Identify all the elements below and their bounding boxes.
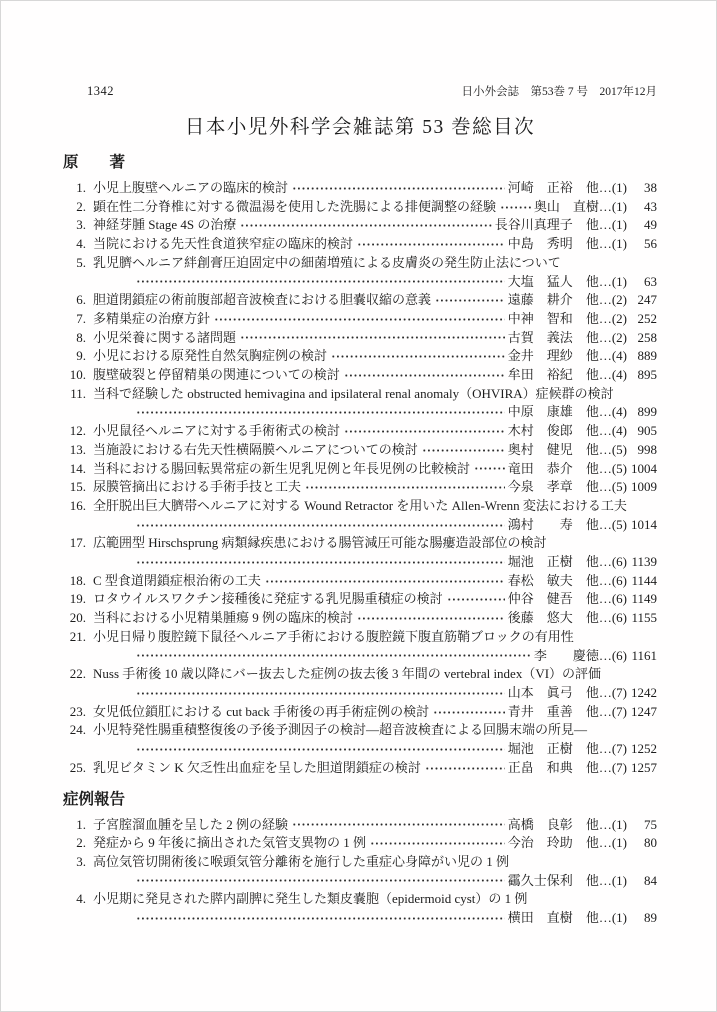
entry-title: ロタウイルスワクチン接種後に発症する乳児腸重積症の検討 <box>93 590 443 609</box>
entry-page-number: 38 <box>627 179 657 198</box>
entry-issue-number: (6) <box>612 609 627 628</box>
entry-page-number: 89 <box>627 909 657 928</box>
toc-entry-line: 3. 神経芽腫 Stage 4S の治療 長谷川真理子 他… (1) 49 <box>63 216 657 235</box>
section-entries: 1. 子宮腟溜血腫を呈した 2 例の経験 高橋 良彰 他… (1) 75 2. … <box>63 816 657 928</box>
entry-issue-number: (1) <box>612 273 627 292</box>
dot-leader <box>214 313 505 326</box>
toc-entry-line: 4. 当院における先天性食道狭窄症の臨床的検討 中島 秀明 他… (1) 56 <box>63 235 657 254</box>
entry-etal-leader: 他… <box>573 460 612 479</box>
folio-page-number: 1342 <box>63 85 114 97</box>
entry-etal-leader: 他… <box>573 329 612 348</box>
entry-etal-leader: 他… <box>573 609 612 628</box>
entry-etal-leader: 他… <box>573 684 612 703</box>
entry-authors: 春松 敏夫 <box>508 572 573 591</box>
entry-etal-leader: 他… <box>573 516 612 535</box>
dot-leader <box>357 612 505 625</box>
toc-entry-line: 8. 小児栄養に関する諸問題 古賀 義法 他… (2) 258 <box>63 329 657 348</box>
toc-entry-line: 2. 顕在性二分脊椎に対する微温湯を使用した洗腸による排便調整の経験 奥山 直樹… <box>63 198 657 217</box>
entry-number: 4. <box>63 890 86 909</box>
entry-issue-number: (4) <box>612 366 627 385</box>
entry-issue-number: (5) <box>612 478 627 497</box>
entry-authors: 中島 秀明 <box>508 235 573 254</box>
entry-page-number: 899 <box>627 403 657 422</box>
entry-page-number: 895 <box>627 366 657 385</box>
entry-issue-number: (1) <box>612 834 627 853</box>
entry-authors: 竜田 恭介 <box>508 460 573 479</box>
entry-page-number: 1155 <box>627 609 657 628</box>
journal-toc-page: 1342 日小外会誌 第53巻 7 号 2017年12月 日本小児外科学会雑誌第… <box>0 0 717 1012</box>
entry-page-number: 1014 <box>627 516 657 535</box>
dot-leader <box>331 350 505 363</box>
toc-entry-line: 9. 小児における原発性自然気胸症例の検討 金井 理紗 他… (4) 889 <box>63 347 657 366</box>
entry-number: 17. <box>63 534 86 553</box>
entry-authors: 木村 俊郎 <box>508 422 573 441</box>
entry-authors: 今治 玲助 <box>508 834 573 853</box>
dot-leader <box>136 406 505 419</box>
entry-number: 24. <box>63 721 86 740</box>
entry-page-number: 252 <box>627 310 657 329</box>
entry-issue-number: (6) <box>612 553 627 572</box>
entry-title: 小児鼠径ヘルニアに対する手術術式の検討 <box>93 422 340 441</box>
dot-leader <box>136 275 505 288</box>
entry-number: 3. <box>63 853 86 872</box>
page-title: 日本小児外科学会雑誌第 53 巻総目次 <box>63 115 657 141</box>
entry-issue-number: (6) <box>612 572 627 591</box>
dot-leader <box>136 912 505 925</box>
entry-title: 子宮腟溜血腫を呈した 2 例の経験 <box>93 816 288 835</box>
toc-entry-line: 1. 小児上腹壁ヘルニアの臨床的検討 河崎 正裕 他… (1) 38 <box>63 179 657 198</box>
dot-leader <box>240 219 491 232</box>
entry-title: 小児期に発見された膵内副脾に発生した類皮嚢胞（epidermoid cyst）の… <box>93 890 657 909</box>
entry-title: 顕在性二分脊椎に対する微温湯を使用した洗腸による排便調整の経験 <box>93 198 496 217</box>
entry-issue-number: (5) <box>612 460 627 479</box>
entry-number: 16. <box>63 497 86 516</box>
entry-issue-number: (1) <box>612 872 627 891</box>
entry-issue-number: (1) <box>612 909 627 928</box>
entry-etal-leader: 他… <box>573 441 612 460</box>
entry-authors: 堀池 正樹 <box>508 553 573 572</box>
entry-number: 7. <box>63 310 86 329</box>
entry-page-number: 1242 <box>627 684 657 703</box>
entry-etal-leader: 他… <box>573 703 612 722</box>
entry-title: 小児における原発性自然気胸症例の検討 <box>93 347 327 366</box>
entry-number: 21. <box>63 628 86 647</box>
entry-etal-leader: 他… <box>573 422 612 441</box>
toc-entry-line: 25. 乳児ビタミン K 欠乏性出血症を呈した胆道閉鎖症の検討 正畠 和典 他…… <box>63 759 657 778</box>
entry-issue-number: (1) <box>612 216 627 235</box>
entry-authors: 中神 智和 <box>508 310 573 329</box>
entry-etal-leader: 他… <box>573 834 612 853</box>
entry-authors: 後藤 悠大 <box>508 609 573 628</box>
entry-number: 13. <box>63 441 86 460</box>
entry-title: 乳児臍ヘルニア絆創膏圧迫固定中の細菌増殖による皮膚炎の発生防止法について <box>93 254 657 273</box>
toc-section: 原 著 1. 小児上腹壁ヘルニアの臨床的検討 河崎 正裕 他… (1) 38 2… <box>63 154 657 778</box>
entry-etal-leader: 他… <box>573 872 612 891</box>
dot-leader <box>500 201 531 214</box>
toc-entry-line: 靍久士保利 他… (1) 84 <box>63 872 657 891</box>
entry-authors: 靍久士保利 <box>508 872 573 891</box>
toc-entry-line: 5. 乳児臍ヘルニア絆創膏圧迫固定中の細菌増殖による皮膚炎の発生防止法について <box>63 254 657 273</box>
entry-page-number: 75 <box>627 816 657 835</box>
running-head: 1342 日小外会誌 第53巻 7 号 2017年12月 <box>63 85 657 98</box>
entry-number: 18. <box>63 572 86 591</box>
entry-authors: 牟田 裕紀 <box>508 366 573 385</box>
toc-entry-line: 1. 子宮腟溜血腫を呈した 2 例の経験 高橋 良彰 他… (1) 75 <box>63 816 657 835</box>
toc-entry-line: 7. 多精巣症の治療方針 中神 智和 他… (2) 252 <box>63 310 657 329</box>
entry-issue-number: (6) <box>612 590 627 609</box>
entry-authors: 横田 直樹 <box>508 909 573 928</box>
toc-entry-line: 11. 当科で経験した obstructed hemivagina and ip… <box>63 385 657 404</box>
entry-authors: 仲谷 健吾 <box>508 590 573 609</box>
entry-number: 8. <box>63 329 86 348</box>
entry-etal-leader: 他… <box>573 403 612 422</box>
entry-issue-number: (4) <box>612 403 627 422</box>
entry-number: 9. <box>63 347 86 366</box>
dot-leader <box>474 462 505 475</box>
entry-title: 当科における小児精巣腫瘍 9 例の臨床的検討 <box>93 609 353 628</box>
entry-authors: 青井 重善 <box>508 703 573 722</box>
entry-issue-number: (1) <box>612 235 627 254</box>
entry-title: 胆道閉鎖症の術前腹部超音波検査における胆嚢収縮の意義 <box>93 291 431 310</box>
entry-etal-leader: 他… <box>573 740 612 759</box>
entry-page-number: 80 <box>627 834 657 853</box>
entry-page-number: 1149 <box>627 590 657 609</box>
entry-issue-number: (1) <box>612 816 627 835</box>
entry-issue-number: (4) <box>612 347 627 366</box>
entry-page-number: 49 <box>627 216 657 235</box>
entry-title: 小児上腹壁ヘルニアの臨床的検討 <box>93 179 288 198</box>
entry-number: 12. <box>63 422 86 441</box>
entry-issue-number: (5) <box>612 441 627 460</box>
toc-entry-line: 21. 小児日帰り腹腔鏡下鼠径ヘルニア手術における腹腔鏡下腹直筋鞘ブロックの有用… <box>63 628 657 647</box>
entry-title: 女児低位鎖肛における cut back 手術後の再手術症例の検討 <box>93 703 429 722</box>
entry-etal-leader: 他… <box>573 235 612 254</box>
entry-authors: 金井 理紗 <box>508 347 573 366</box>
entry-number: 14. <box>63 460 86 479</box>
dot-leader <box>136 743 505 756</box>
entry-etal-leader: … <box>599 647 612 666</box>
entry-page-number: 1139 <box>627 553 657 572</box>
entry-authors: 高橋 良彰 <box>508 816 573 835</box>
toc-entry-line: 山本 眞弓 他… (7) 1242 <box>63 684 657 703</box>
toc-section: 症例報告 1. 子宮腟溜血腫を呈した 2 例の経験 高橋 良彰 他… (1) 7… <box>63 791 657 928</box>
entry-authors: 河崎 正裕 <box>508 179 573 198</box>
entry-issue-number: (7) <box>612 703 627 722</box>
toc-entry-line: 22. Nuss 手術後 10 歳以降にバー抜去した症例の抜去後 3 年間の v… <box>63 665 657 684</box>
entry-number: 25. <box>63 759 86 778</box>
entry-etal-leader: 他… <box>573 572 612 591</box>
entry-issue-number: (7) <box>612 684 627 703</box>
entry-authors: 堀池 正樹 <box>508 740 573 759</box>
entry-title: 多精巣症の治療方針 <box>93 310 210 329</box>
entry-number: 19. <box>63 590 86 609</box>
entry-authors: 大塩 猛人 <box>508 273 573 292</box>
entry-page-number: 247 <box>627 291 657 310</box>
dot-leader <box>433 706 505 719</box>
toc-entry-line: 堀池 正樹 他… (7) 1252 <box>63 740 657 759</box>
entry-authors: 古賀 義法 <box>508 329 573 348</box>
dot-leader <box>292 818 505 831</box>
entry-page-number: 889 <box>627 347 657 366</box>
entry-page-number: 905 <box>627 422 657 441</box>
entry-authors: 鴻村 寿 <box>508 516 573 535</box>
running-head-journal-info: 日小外会誌 第53巻 7 号 2017年12月 <box>462 86 658 98</box>
entry-title: 小児栄養に関する諸問題 <box>93 329 236 348</box>
toc-entry-line: 堀池 正樹 他… (6) 1139 <box>63 553 657 572</box>
section-heading: 症例報告 <box>63 791 657 809</box>
entry-etal-leader: 他… <box>573 590 612 609</box>
entry-authors: 李 慶徳 <box>534 647 599 666</box>
entry-etal-leader: 他… <box>573 909 612 928</box>
dot-leader <box>240 331 505 344</box>
toc-entry-line: 鴻村 寿 他… (5) 1014 <box>63 516 657 535</box>
entry-etal-leader: 他… <box>573 816 612 835</box>
entry-title: 乳児ビタミン K 欠乏性出血症を呈した胆道閉鎖症の検討 <box>93 759 421 778</box>
entry-page-number: 1252 <box>627 740 657 759</box>
entry-authors: 長谷川真理子 <box>495 216 573 235</box>
toc-entry-line: 16. 全肝脱出巨大臍帯ヘルニアに対する Wound Retractor を用い… <box>63 497 657 516</box>
entry-title: 尿膜管摘出における手術手技と工夫 <box>93 478 301 497</box>
entry-authors: 山本 眞弓 <box>508 684 573 703</box>
entry-issue-number: (2) <box>612 310 627 329</box>
dot-leader <box>305 481 505 494</box>
entry-number: 4. <box>63 235 86 254</box>
entry-issue-number: (1) <box>612 198 627 217</box>
entry-number: 3. <box>63 216 86 235</box>
entry-authors: 中原 康雄 <box>508 403 573 422</box>
dot-leader <box>435 294 505 307</box>
entry-title: 当科で経験した obstructed hemivagina and ipsila… <box>93 385 657 404</box>
entry-number: 1. <box>63 179 86 198</box>
toc-entry-line: 4. 小児期に発見された膵内副脾に発生した類皮嚢胞（epidermoid cys… <box>63 890 657 909</box>
dot-leader <box>265 575 505 588</box>
entry-number: 15. <box>63 478 86 497</box>
entry-title: 全肝脱出巨大臍帯ヘルニアに対する Wound Retractor を用いた Al… <box>93 497 657 516</box>
dot-leader <box>136 556 505 569</box>
entry-authors: 遠藤 耕介 <box>508 291 573 310</box>
entry-etal-leader: 他… <box>573 310 612 329</box>
entry-title: C 型食道閉鎖症根治術の工夫 <box>93 572 261 591</box>
entry-title: 発症から 9 年後に摘出された気管支異物の 1 例 <box>93 834 366 853</box>
entry-etal-leader: … <box>599 198 612 217</box>
entry-etal-leader: 他… <box>573 216 612 235</box>
entry-number: 11. <box>63 385 86 404</box>
entry-number: 23. <box>63 703 86 722</box>
entry-page-number: 43 <box>627 198 657 217</box>
toc-entry-line: 6. 胆道閉鎖症の術前腹部超音波検査における胆嚢収縮の意義 遠藤 耕介 他… (… <box>63 291 657 310</box>
toc-entry-line: 10. 腹壁破裂と停留精巣の関連についての検討 牟田 裕紀 他… (4) 895 <box>63 366 657 385</box>
toc-entry-line: 14. 当科における腸回転異常症の新生児乳児例と年長児例の比較検討 竜田 恭介 … <box>63 460 657 479</box>
entry-etal-leader: 他… <box>573 366 612 385</box>
entry-authors: 奥山 直樹 <box>534 198 599 217</box>
dot-leader <box>136 687 505 700</box>
entry-number: 2. <box>63 834 86 853</box>
entry-issue-number: (4) <box>612 422 627 441</box>
section-entries: 1. 小児上腹壁ヘルニアの臨床的検討 河崎 正裕 他… (1) 38 2. 顕在… <box>63 179 657 778</box>
toc-entry-line: 23. 女児低位鎖肛における cut back 手術後の再手術症例の検討 青井 … <box>63 703 657 722</box>
dot-leader <box>136 649 531 662</box>
toc-entry-line: 12. 小児鼠径ヘルニアに対する手術術式の検討 木村 俊郎 他… (4) 905 <box>63 422 657 441</box>
entry-etal-leader: 他… <box>573 553 612 572</box>
entry-title: 当院における先天性食道狭窄症の臨床的検討 <box>93 235 353 254</box>
entry-page-number: 258 <box>627 329 657 348</box>
entry-etal-leader: 他… <box>573 478 612 497</box>
dot-leader <box>357 238 505 251</box>
toc-entry-line: 李 慶徳 … (6) 1161 <box>63 647 657 666</box>
entry-issue-number: (1) <box>612 179 627 198</box>
entry-title: 高位気管切開術後に喉頭気管分離術を施行した重症心身障がい児の 1 例 <box>93 853 657 872</box>
dot-leader <box>292 182 505 195</box>
entry-authors: 奥村 健児 <box>508 441 573 460</box>
dot-leader <box>425 762 505 775</box>
entry-page-number: 1247 <box>627 703 657 722</box>
entry-title: 腹壁破裂と停留精巣の関連についての検討 <box>93 366 340 385</box>
toc-entry-line: 3. 高位気管切開術後に喉頭気管分離術を施行した重症心身障がい児の 1 例 <box>63 853 657 872</box>
entry-page-number: 56 <box>627 235 657 254</box>
entry-page-number: 998 <box>627 441 657 460</box>
entry-number: 10. <box>63 366 86 385</box>
dot-leader <box>344 425 505 438</box>
entry-page-number: 1004 <box>627 460 657 479</box>
entry-etal-leader: 他… <box>573 291 612 310</box>
entry-number: 6. <box>63 291 86 310</box>
toc-entry-line: 17. 広範囲型 Hirschsprung 病類縁疾患における腸管減圧可能な腸瘻… <box>63 534 657 553</box>
entry-number: 1. <box>63 816 86 835</box>
entry-title: 小児日帰り腹腔鏡下鼠径ヘルニア手術における腹腔鏡下腹直筋鞘ブロックの有用性 <box>93 628 657 647</box>
entry-number: 2. <box>63 198 86 217</box>
entry-etal-leader: 他… <box>573 347 612 366</box>
entry-etal-leader: 他… <box>573 759 612 778</box>
dot-leader <box>370 837 505 850</box>
dot-leader <box>136 519 505 532</box>
entry-issue-number: (7) <box>612 759 627 778</box>
entry-etal-leader: 他… <box>573 273 612 292</box>
toc-entry-line: 大塩 猛人 他… (1) 63 <box>63 273 657 292</box>
dot-leader <box>447 593 505 606</box>
entry-issue-number: (6) <box>612 647 627 666</box>
entry-page-number: 63 <box>627 273 657 292</box>
entry-title: 神経芽腫 Stage 4S の治療 <box>93 216 236 235</box>
toc-entry-line: 中原 康雄 他… (4) 899 <box>63 403 657 422</box>
entry-title: Nuss 手術後 10 歳以降にバー抜去した症例の抜去後 3 年間の verte… <box>93 665 657 684</box>
dot-leader <box>422 444 505 457</box>
entry-number: 5. <box>63 254 86 273</box>
entry-title: 当科における腸回転異常症の新生児乳児例と年長児例の比較検討 <box>93 460 470 479</box>
entry-authors: 正畠 和典 <box>508 759 573 778</box>
dot-leader <box>136 874 505 887</box>
entry-page-number: 1009 <box>627 478 657 497</box>
dot-leader <box>344 369 505 382</box>
entry-issue-number: (2) <box>612 291 627 310</box>
toc-entry-line: 20. 当科における小児精巣腫瘍 9 例の臨床的検討 後藤 悠大 他… (6) … <box>63 609 657 628</box>
toc-entry-line: 18. C 型食道閉鎖症根治術の工夫 春松 敏夫 他… (6) 1144 <box>63 572 657 591</box>
entry-title: 当施設における右先天性横隔膜ヘルニアについての検討 <box>93 441 418 460</box>
entry-page-number: 84 <box>627 872 657 891</box>
entry-title: 小児特発性腸重積整復後の予後予測因子の検討―超音波検査による回腸末端の所見― <box>93 721 657 740</box>
toc-entry-line: 15. 尿膜管摘出における手術手技と工夫 今泉 孝章 他… (5) 1009 <box>63 478 657 497</box>
entry-etal-leader: 他… <box>573 179 612 198</box>
entry-authors: 今泉 孝章 <box>508 478 573 497</box>
entry-issue-number: (5) <box>612 516 627 535</box>
entry-page-number: 1161 <box>627 647 657 666</box>
toc-entry-line: 13. 当施設における右先天性横隔膜ヘルニアについての検討 奥村 健児 他… (… <box>63 441 657 460</box>
toc-sections: 原 著 1. 小児上腹壁ヘルニアの臨床的検討 河崎 正裕 他… (1) 38 2… <box>63 154 657 928</box>
toc-entry-line: 19. ロタウイルスワクチン接種後に発症する乳児腸重積症の検討 仲谷 健吾 他…… <box>63 590 657 609</box>
entry-page-number: 1257 <box>627 759 657 778</box>
entry-issue-number: (7) <box>612 740 627 759</box>
entry-number: 20. <box>63 609 86 628</box>
section-heading: 原 著 <box>63 154 657 172</box>
toc-entry-line: 24. 小児特発性腸重積整復後の予後予測因子の検討―超音波検査による回腸末端の所… <box>63 721 657 740</box>
entry-page-number: 1144 <box>627 572 657 591</box>
entry-title: 広範囲型 Hirschsprung 病類縁疾患における腸管減圧可能な腸瘻造設部位… <box>93 534 657 553</box>
entry-number: 22. <box>63 665 86 684</box>
toc-entry-line: 横田 直樹 他… (1) 89 <box>63 909 657 928</box>
entry-issue-number: (2) <box>612 329 627 348</box>
toc-entry-line: 2. 発症から 9 年後に摘出された気管支異物の 1 例 今治 玲助 他… (1… <box>63 834 657 853</box>
